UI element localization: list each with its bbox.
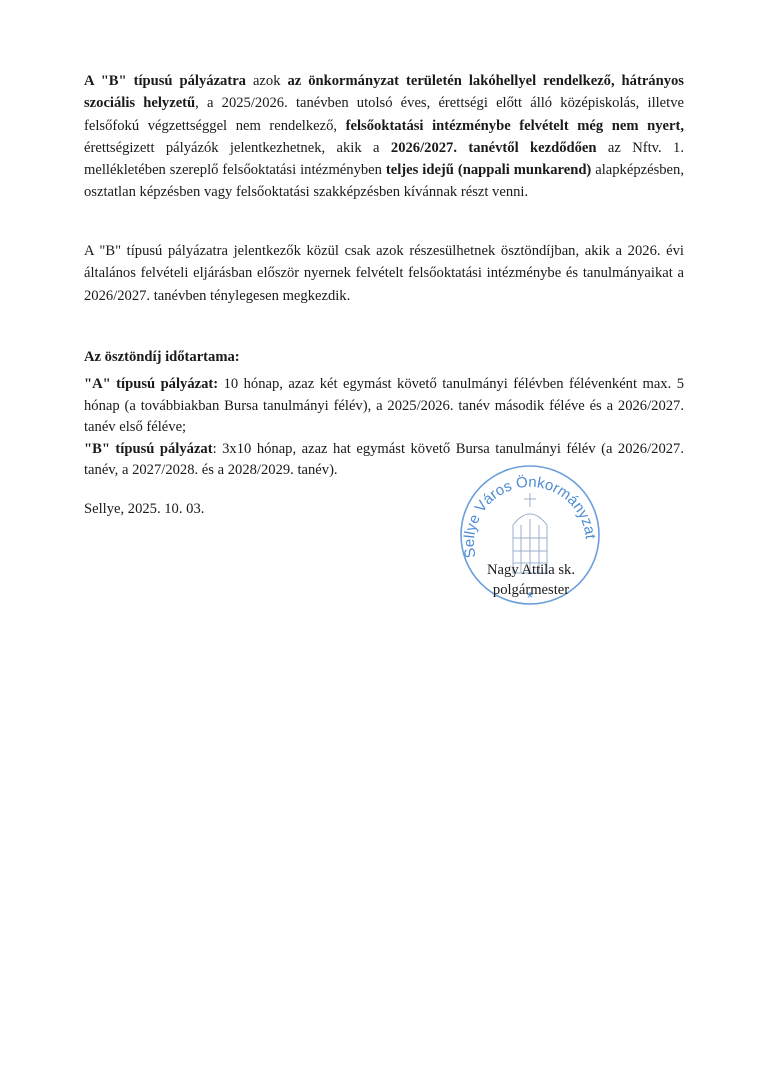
- emphasis-text: 2026/2027. tanévtől kezdődően: [391, 140, 597, 156]
- signature-block: Nagy Attila sk. polgármester: [466, 560, 596, 600]
- document-page: A "B" típusú pályázatra azok az önkormán…: [0, 0, 765, 1080]
- section-heading-duration: Az ösztöndíj időtartama:: [84, 346, 684, 368]
- signature-title: polgármester: [466, 580, 596, 600]
- body-text: érettségizett pályázók jelentkezhetnek, …: [84, 140, 391, 156]
- emphasis-text: A "B" típusú pályázatra: [84, 73, 246, 89]
- duration-item-a: "A" típusú pályázat: 10 hónap, azaz két …: [84, 374, 684, 439]
- signature-name: Nagy Attila sk.: [466, 560, 596, 580]
- duration-label: "A" típusú pályázat:: [84, 376, 218, 392]
- paragraph-condition: A "B" típusú pályázatra jelentkezők közü…: [84, 240, 684, 307]
- emphasis-text: felsőoktatási intézménybe felvételt még …: [346, 118, 684, 134]
- emphasis-text: teljes idejű (nappali munkarend): [386, 162, 591, 178]
- paragraph-eligibility: A "B" típusú pályázatra azok az önkormán…: [84, 70, 684, 204]
- duration-label: "B" típusú pályázat: [84, 441, 213, 457]
- place-date: Sellye, 2025. 10. 03.: [84, 498, 284, 520]
- body-text: azok: [246, 73, 287, 89]
